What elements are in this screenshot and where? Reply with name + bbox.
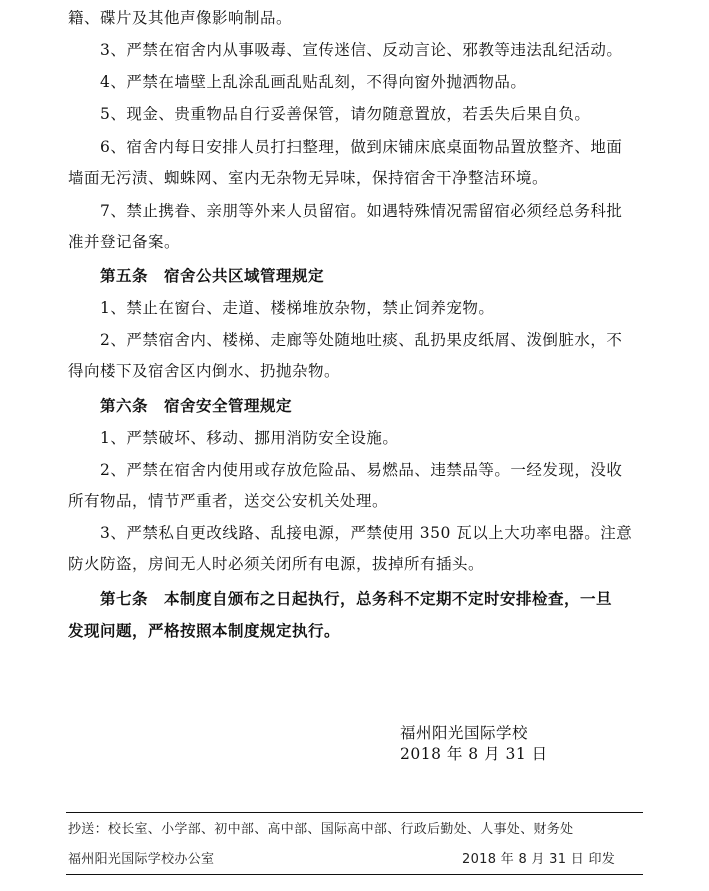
footer-bottom-rule bbox=[66, 874, 643, 875]
body-line: 4、严禁在墙壁上乱涂乱画乱贴乱刻，不得向窗外抛洒物品。 bbox=[100, 72, 526, 92]
body-line: 5、现金、贵重物品自行妥善保管，请勿随意置放，若丢失后果自负。 bbox=[100, 104, 590, 124]
body-line: 1、严禁破坏、移动、挪用消防安全设施。 bbox=[100, 428, 398, 448]
body-line: 防火防盗，房间无人时必须关闭所有电源，拔掉所有插头。 bbox=[68, 554, 484, 574]
body-line: 准并登记备案。 bbox=[68, 232, 180, 252]
section-heading: 第六条 宿舍安全管理规定 bbox=[100, 396, 292, 416]
body-line: 7、禁止携眷、亲朋等外来人员留宿。如遇特殊情况需留宿必须经总务科批 bbox=[100, 201, 622, 221]
body-line: 6、宿舍内每日安排人员打扫整理，做到床铺床底桌面物品置放整齐、地面 bbox=[100, 137, 622, 157]
section-heading: 第五条 宿舍公共区域管理规定 bbox=[100, 266, 324, 286]
issuer: 福州阳光国际学校办公室 bbox=[68, 852, 214, 868]
body-line: 3、严禁在宿舍内从事吸毒、宣传迷信、反动言论、邪教等违法乱纪活动。 bbox=[100, 40, 622, 60]
issue-date: 2018 年 8 月 31 日 印发 bbox=[462, 852, 615, 868]
signature-date: 2018 年 8 月 31 日 bbox=[400, 744, 548, 764]
body-line: 墙面无污渍、蜘蛛网、室内无杂物无异味，保持宿舍干净整洁环境。 bbox=[68, 168, 548, 188]
body-line: 2、严禁宿舍内、楼梯、走廊等处随地吐痰、乱扔果皮纸屑、泼倒脏水，不 bbox=[100, 330, 622, 350]
footer-top-rule bbox=[66, 812, 643, 813]
body-line: 籍、碟片及其他声像影响制品。 bbox=[68, 8, 292, 28]
body-line: 2、严禁在宿舍内使用或存放危险品、易燃品、违禁品等。一经发现，没收 bbox=[100, 460, 622, 480]
cc-list: 校长室、小学部、初中部、高中部、国际高中部、行政后勤处、人事处、财务处 bbox=[108, 822, 574, 837]
body-line: 得向楼下及宿舍区内倒水、扔抛杂物。 bbox=[68, 361, 340, 381]
body-line: 所有物品，情节严重者，送交公安机关处理。 bbox=[68, 491, 388, 511]
section-heading: 发现问题，严格按照本制度规定执行。 bbox=[68, 621, 340, 641]
body-line: 3、严禁私自更改线路、乱接电源，严禁使用 350 瓦以上大功率电器。注意 bbox=[100, 523, 632, 543]
signature-organization: 福州阳光国际学校 bbox=[400, 723, 528, 743]
body-line: 1、禁止在窗台、走道、楼梯堆放杂物，禁止饲养宠物。 bbox=[100, 298, 494, 318]
cc-label: 抄送： bbox=[68, 822, 108, 837]
section-heading: 第七条 本制度自颁布之日起执行，总务科不定期不定时安排检查，一旦 bbox=[100, 589, 612, 609]
cc-line: 抄送：校长室、小学部、初中部、高中部、国际高中部、行政后勤处、人事处、财务处 bbox=[68, 822, 573, 838]
